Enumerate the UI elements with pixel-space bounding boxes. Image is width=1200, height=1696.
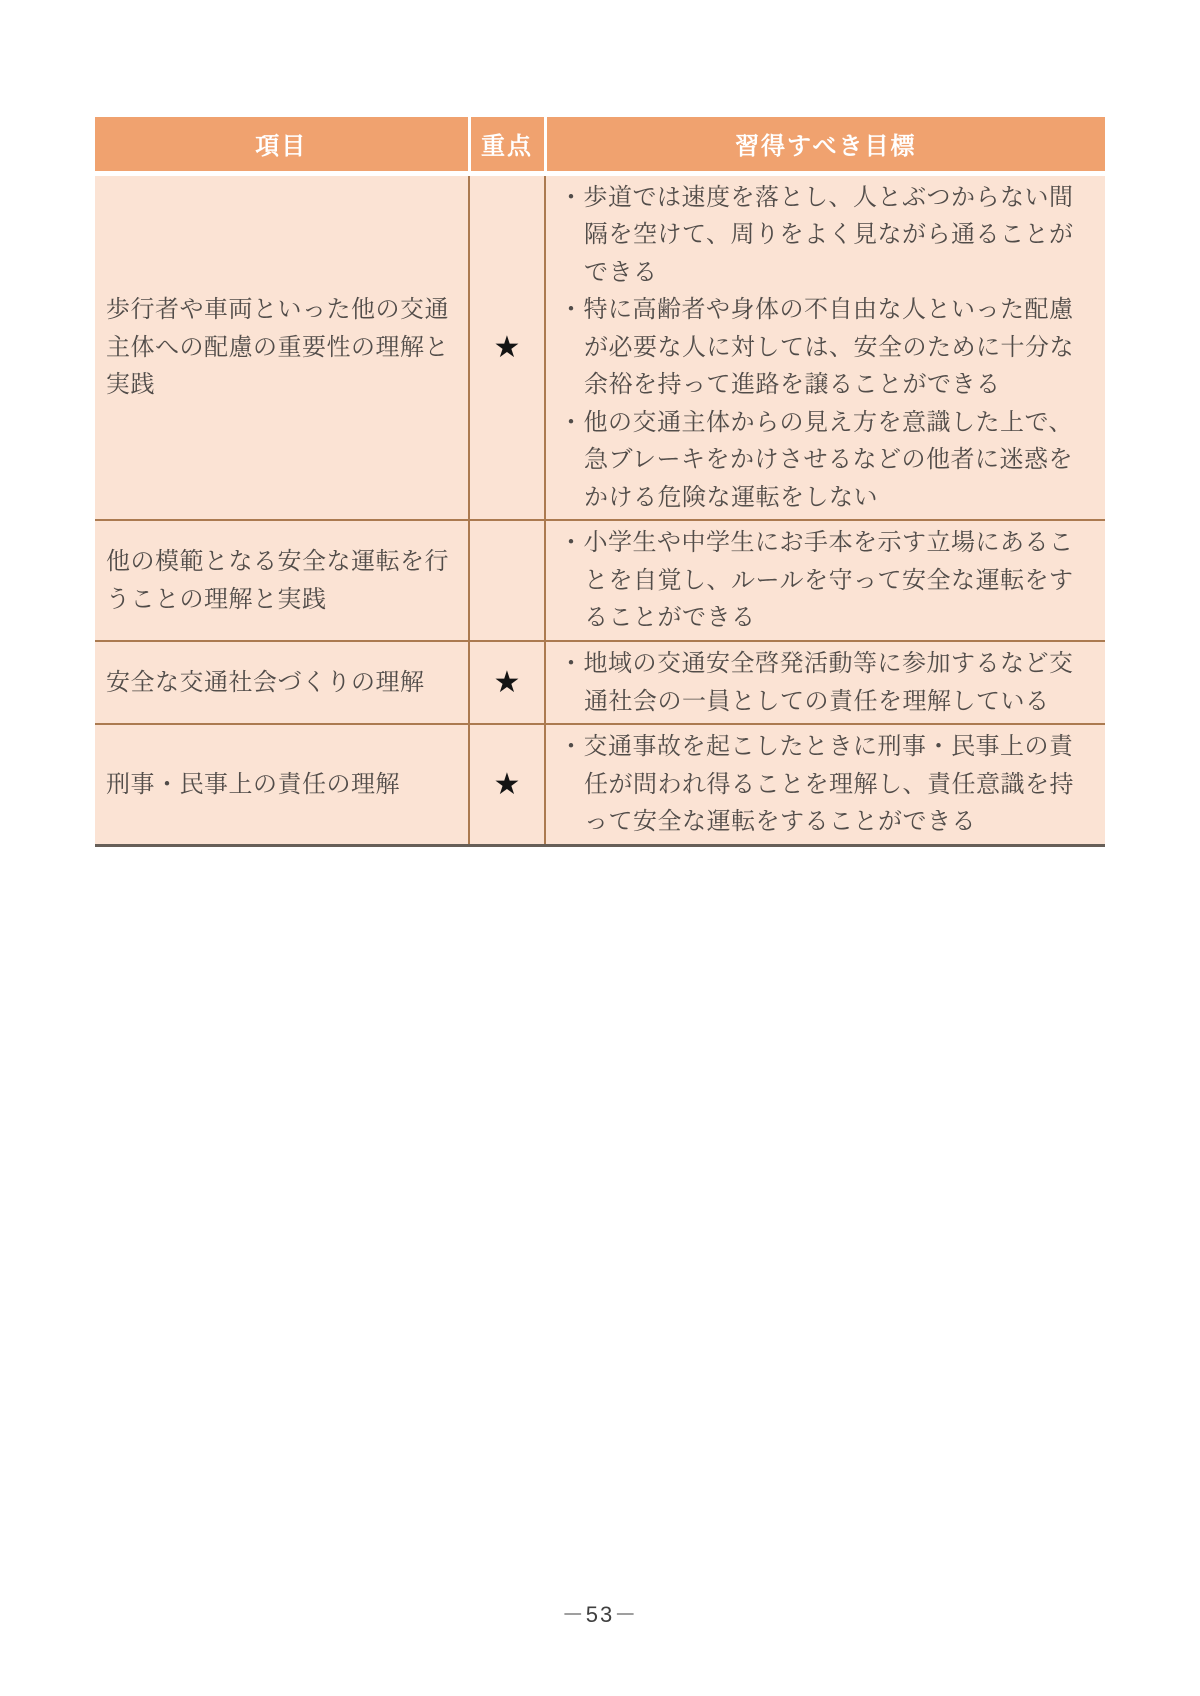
priority-star-cell: ★ [469, 641, 545, 724]
priority-star-cell: ★ [469, 173, 545, 520]
goals-cell: ・地域の交通安全啓発活動等に参加するなど交通社会の一員としての責任を理解している [545, 641, 1105, 724]
column-header-item: 項目 [95, 117, 469, 173]
item-cell: 他の模範となる安全な運転を行うことの理解と実践 [95, 520, 469, 641]
goals-cell: ・歩道では速度を落とし、人とぶつからない間隔を空けて、周りをよく見ながら通ること… [545, 173, 1105, 520]
goal-bullet-line: ・特に高齢者や身体の不自由な人といった配慮が必要な人に対しては、安全のために十分… [559, 291, 1097, 404]
goal-bullet-line: ・小学生や中学生にお手本を示す立場にあることを自覚し、ルールを守って安全な運転を… [559, 524, 1097, 637]
goal-bullet-line: ・地域の交通安全啓発活動等に参加するなど交通社会の一員としての責任を理解している [559, 645, 1097, 720]
column-header-goals: 習得すべき目標 [545, 117, 1105, 173]
item-cell: 刑事・民事上の責任の理解 [95, 724, 469, 845]
priority-star-cell [469, 520, 545, 641]
table-row: 刑事・民事上の責任の理解 ★ ・交通事故を起こしたときに刑事・民事上の責任が問わ… [95, 724, 1105, 845]
table-row: 歩行者や車両といった他の交通主体への配慮の重要性の理解と実践 ★ ・歩道では速度… [95, 173, 1105, 520]
goals-cell: ・小学生や中学生にお手本を示す立場にあることを自覚し、ルールを守って安全な運転を… [545, 520, 1105, 641]
item-cell: 安全な交通社会づくりの理解 [95, 641, 469, 724]
table-row: 他の模範となる安全な運転を行うことの理解と実践 ・小学生や中学生にお手本を示す立… [95, 520, 1105, 641]
goals-cell: ・交通事故を起こしたときに刑事・民事上の責任が問われ得ることを理解し、責任意識を… [545, 724, 1105, 845]
goal-bullet-line: ・歩道では速度を落とし、人とぶつからない間隔を空けて、周りをよく見ながら通ること… [559, 179, 1097, 292]
learning-goals-table: 項目 重点 習得すべき目標 歩行者や車両といった他の交通主体への配慮の重要性の理… [95, 117, 1105, 847]
item-cell: 歩行者や車両といった他の交通主体への配慮の重要性の理解と実践 [95, 173, 469, 520]
table-row: 安全な交通社会づくりの理解 ★ ・地域の交通安全啓発活動等に参加するなど交通社会… [95, 641, 1105, 724]
priority-star-cell: ★ [469, 724, 545, 845]
goal-bullet-line: ・他の交通主体からの見え方を意識した上で、急ブレーキをかけさせるなどの他者に迷惑… [559, 404, 1097, 517]
column-header-priority: 重点 [469, 117, 545, 173]
table-header-row: 項目 重点 習得すべき目標 [95, 117, 1105, 173]
document-page: 項目 重点 習得すべき目標 歩行者や車両といった他の交通主体への配慮の重要性の理… [0, 0, 1200, 1696]
goal-bullet-line: ・交通事故を起こしたときに刑事・民事上の責任が問われ得ることを理解し、責任意識を… [559, 728, 1097, 841]
page-number: －53－ [0, 1598, 1200, 1629]
